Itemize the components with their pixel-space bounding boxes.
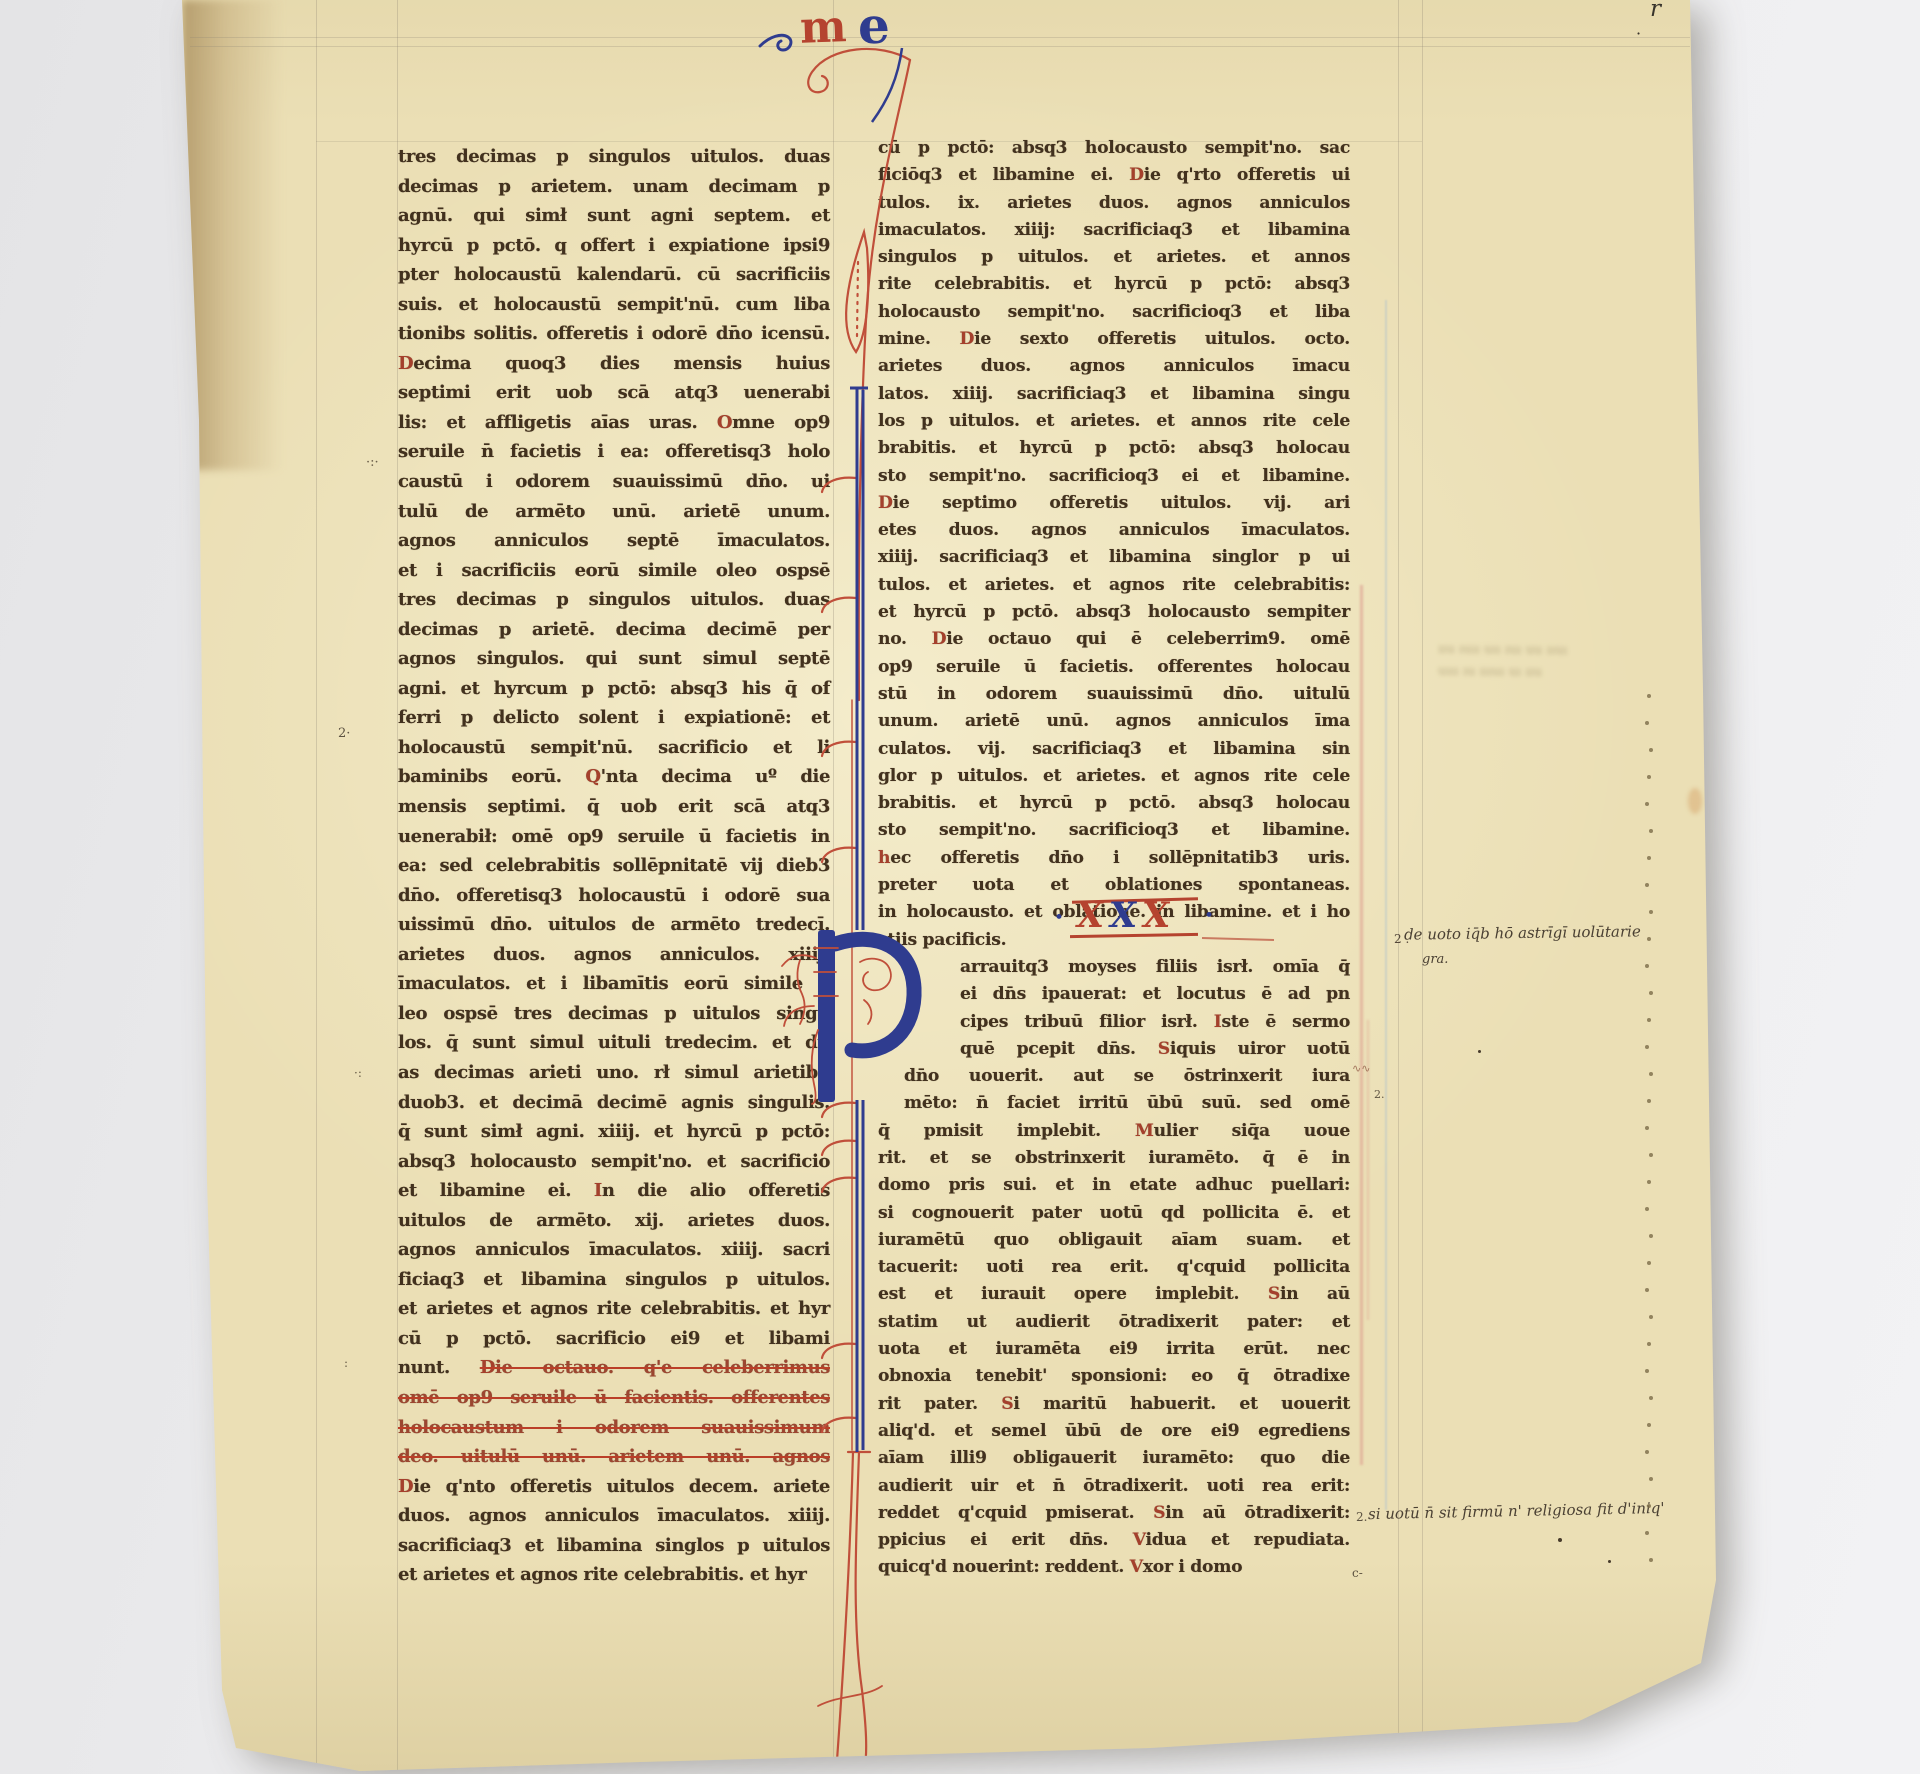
pricking-hole bbox=[1645, 1045, 1649, 1049]
pricking-hole bbox=[1645, 1126, 1649, 1130]
margin-mark: ·:· bbox=[366, 455, 379, 470]
pricking-hole bbox=[1645, 1531, 1649, 1535]
chapter-numeral: X bbox=[1073, 894, 1110, 938]
show-through-line: uııı ıu ıııuı uı ııu bbox=[1438, 661, 1688, 686]
pricking-hole bbox=[1647, 1261, 1651, 1265]
chapter-numeral: X bbox=[1106, 894, 1143, 938]
stain bbox=[212, 1740, 228, 1754]
pricking-hole bbox=[1647, 937, 1651, 941]
pricking-hole bbox=[1649, 991, 1653, 995]
pricking-hole bbox=[1645, 883, 1649, 887]
pricking-hole bbox=[1647, 856, 1651, 860]
margin-mark: c- bbox=[1352, 1566, 1363, 1580]
folio-mark: r bbox=[1650, 0, 1661, 22]
red-filigree bbox=[782, 948, 891, 1104]
blue-stain-line bbox=[1385, 300, 1387, 1510]
pricking-hole bbox=[1647, 1342, 1651, 1346]
pricking-hole bbox=[1649, 1234, 1653, 1238]
pricking-hole bbox=[1649, 1315, 1653, 1319]
pricking-hole bbox=[1647, 694, 1651, 698]
margin-mark: 2 . bbox=[1394, 932, 1409, 946]
speck bbox=[1478, 1050, 1481, 1053]
margin-note-right: de uoto iq̄b hō astrīgī uolūtarie bbox=[1404, 922, 1641, 943]
red-flourish bbox=[808, 49, 910, 1774]
pricking-hole bbox=[1645, 1369, 1649, 1373]
pricking-hole bbox=[1647, 1018, 1651, 1022]
pricking-hole bbox=[1649, 1153, 1653, 1157]
pricking-hole bbox=[1645, 964, 1649, 968]
margin-mark: 2· bbox=[338, 726, 350, 741]
pricking-hole bbox=[1645, 1288, 1649, 1292]
pink-stain-line bbox=[1360, 585, 1363, 1465]
photo-background: ııu ıuıı uıı ıuı uu ııuı uııı ıu ıııuı u… bbox=[0, 0, 1920, 1774]
chapter-number-xxx: • X X X • bbox=[1052, 894, 1252, 942]
margin-note-right-2: gra. bbox=[1422, 952, 1448, 967]
pricking-hole bbox=[1649, 1477, 1653, 1481]
blue-dot: • bbox=[1054, 908, 1064, 928]
manuscript-leaf: ııu ıuıı uıı ıuı uu ııuı uııı ıu ıııuı u… bbox=[0, 0, 1920, 1774]
pricking-hole bbox=[1649, 829, 1653, 833]
pricking-hole bbox=[1647, 1423, 1651, 1427]
margin-note-bottom: si uotū n̄ sit firmū n' religiosa fit d'… bbox=[1368, 1499, 1665, 1523]
pricking-hole bbox=[1647, 1180, 1651, 1184]
pricking-hole bbox=[1645, 1207, 1649, 1211]
pricking-hole bbox=[1649, 748, 1653, 752]
ruling-line bbox=[316, 0, 317, 1774]
pricking-hole bbox=[1647, 1099, 1651, 1103]
margin-mark: 2. bbox=[1356, 1510, 1367, 1524]
blue-dot: • bbox=[1204, 906, 1214, 926]
penwork-ornament bbox=[760, 0, 1020, 1774]
pricking-hole bbox=[1649, 1558, 1653, 1562]
speck bbox=[1608, 1560, 1611, 1563]
margin-mark: ∿∿ bbox=[1352, 1062, 1370, 1075]
pricking-hole bbox=[1645, 1450, 1649, 1454]
margin-mark: 2. bbox=[1374, 1088, 1385, 1101]
stain bbox=[1688, 788, 1702, 814]
speck bbox=[1558, 1538, 1562, 1542]
blue-bar bbox=[850, 48, 902, 1452]
pricking-hole bbox=[1649, 1396, 1653, 1400]
pricking-hole bbox=[1647, 1504, 1651, 1508]
show-through-line: ııu ıuıı uıı ıuı uu ııuı bbox=[1438, 639, 1688, 664]
pricking-hole bbox=[1647, 775, 1651, 779]
margin-mark: · bbox=[1636, 24, 1641, 43]
pricking-hole bbox=[1649, 1072, 1653, 1076]
pricking-hole bbox=[1649, 910, 1653, 914]
pricking-hole bbox=[1645, 721, 1649, 725]
margin-mark: : bbox=[344, 1356, 348, 1370]
initial-N bbox=[782, 930, 914, 1104]
show-through-text: ııu ıuıı uıı ıuı uu ııuı uııı ıu ıııuı u… bbox=[1438, 639, 1688, 686]
pricking-hole bbox=[1645, 802, 1649, 806]
margin-mark: ·: bbox=[354, 1066, 362, 1080]
left-edge-stain bbox=[182, 0, 282, 470]
chapter-numeral: X bbox=[1139, 894, 1176, 938]
